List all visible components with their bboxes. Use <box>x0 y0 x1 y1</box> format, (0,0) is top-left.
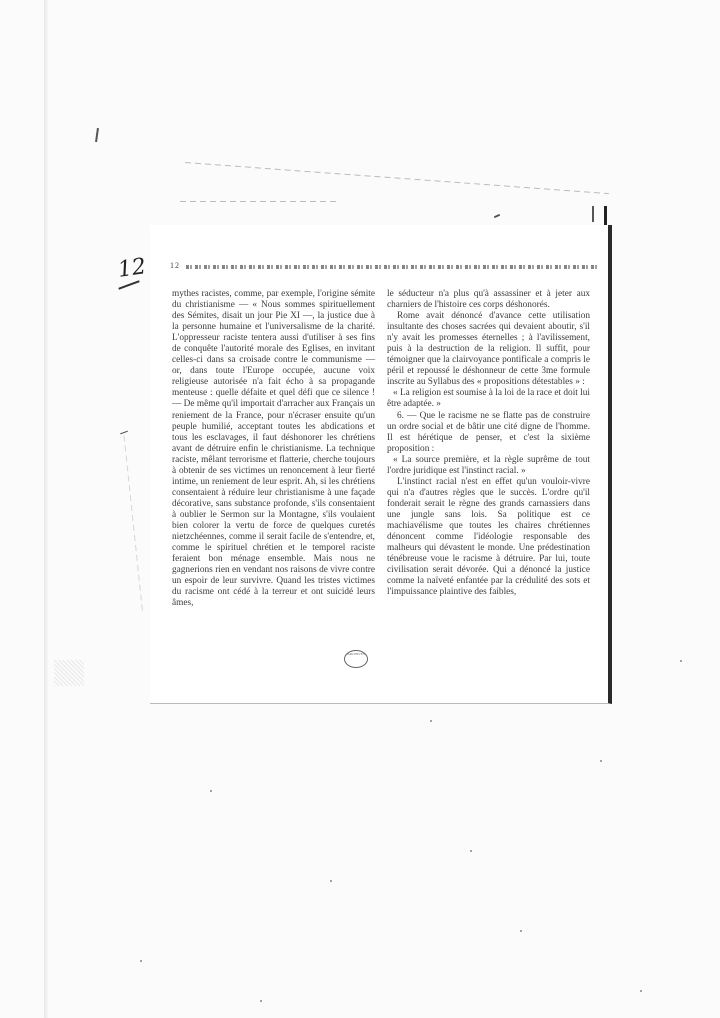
article-column-right: le séducteur n'a plus qu'à assassiner et… <box>387 289 590 598</box>
scan-smudge <box>54 660 84 686</box>
scan-mark <box>95 128 99 142</box>
handwritten-folio-number: 12 <box>116 254 147 283</box>
scan-speck <box>520 930 522 932</box>
scan-speck <box>600 760 602 762</box>
scan-speck <box>680 660 682 662</box>
article-paragraph: L'instinct racial n'est en effet qu'un v… <box>387 477 590 599</box>
ghost-line <box>185 162 609 194</box>
scan-mark <box>494 214 500 218</box>
article-paragraph: 6. — Que le racisme ne se flatte pas de … <box>387 411 590 455</box>
scan-mark <box>120 431 128 435</box>
scan-speck <box>430 720 432 722</box>
article-paragraph: le séducteur n'a plus qu'à assassiner et… <box>387 289 590 311</box>
quoted-proposition: « La source première, et la règle suprêm… <box>387 455 590 477</box>
scan-speck <box>640 990 642 992</box>
printed-page-number: 12 <box>170 261 180 270</box>
ghost-line <box>180 201 340 202</box>
scan-speck <box>470 850 472 852</box>
article-column-left: mythes racistes, comme, par exemple, l'o… <box>172 289 375 609</box>
library-stamp: ARCHIVES <box>344 650 368 668</box>
scan-speck <box>210 790 212 792</box>
quoted-proposition: « La religion est soumise à la loi de la… <box>387 388 590 410</box>
decorative-header-rule <box>186 265 600 269</box>
scan-left-edge <box>44 0 48 1018</box>
scan-speck <box>260 1000 262 1002</box>
scan-mark <box>592 206 594 222</box>
scan-speck <box>330 880 332 882</box>
article-paragraph: mythes racistes, comme, par exemple, l'o… <box>172 289 375 609</box>
ghost-line <box>124 435 144 614</box>
article-paragraph: Rome avait dénoncé d'avance cette utilis… <box>387 311 590 388</box>
scan-speck <box>140 960 142 962</box>
